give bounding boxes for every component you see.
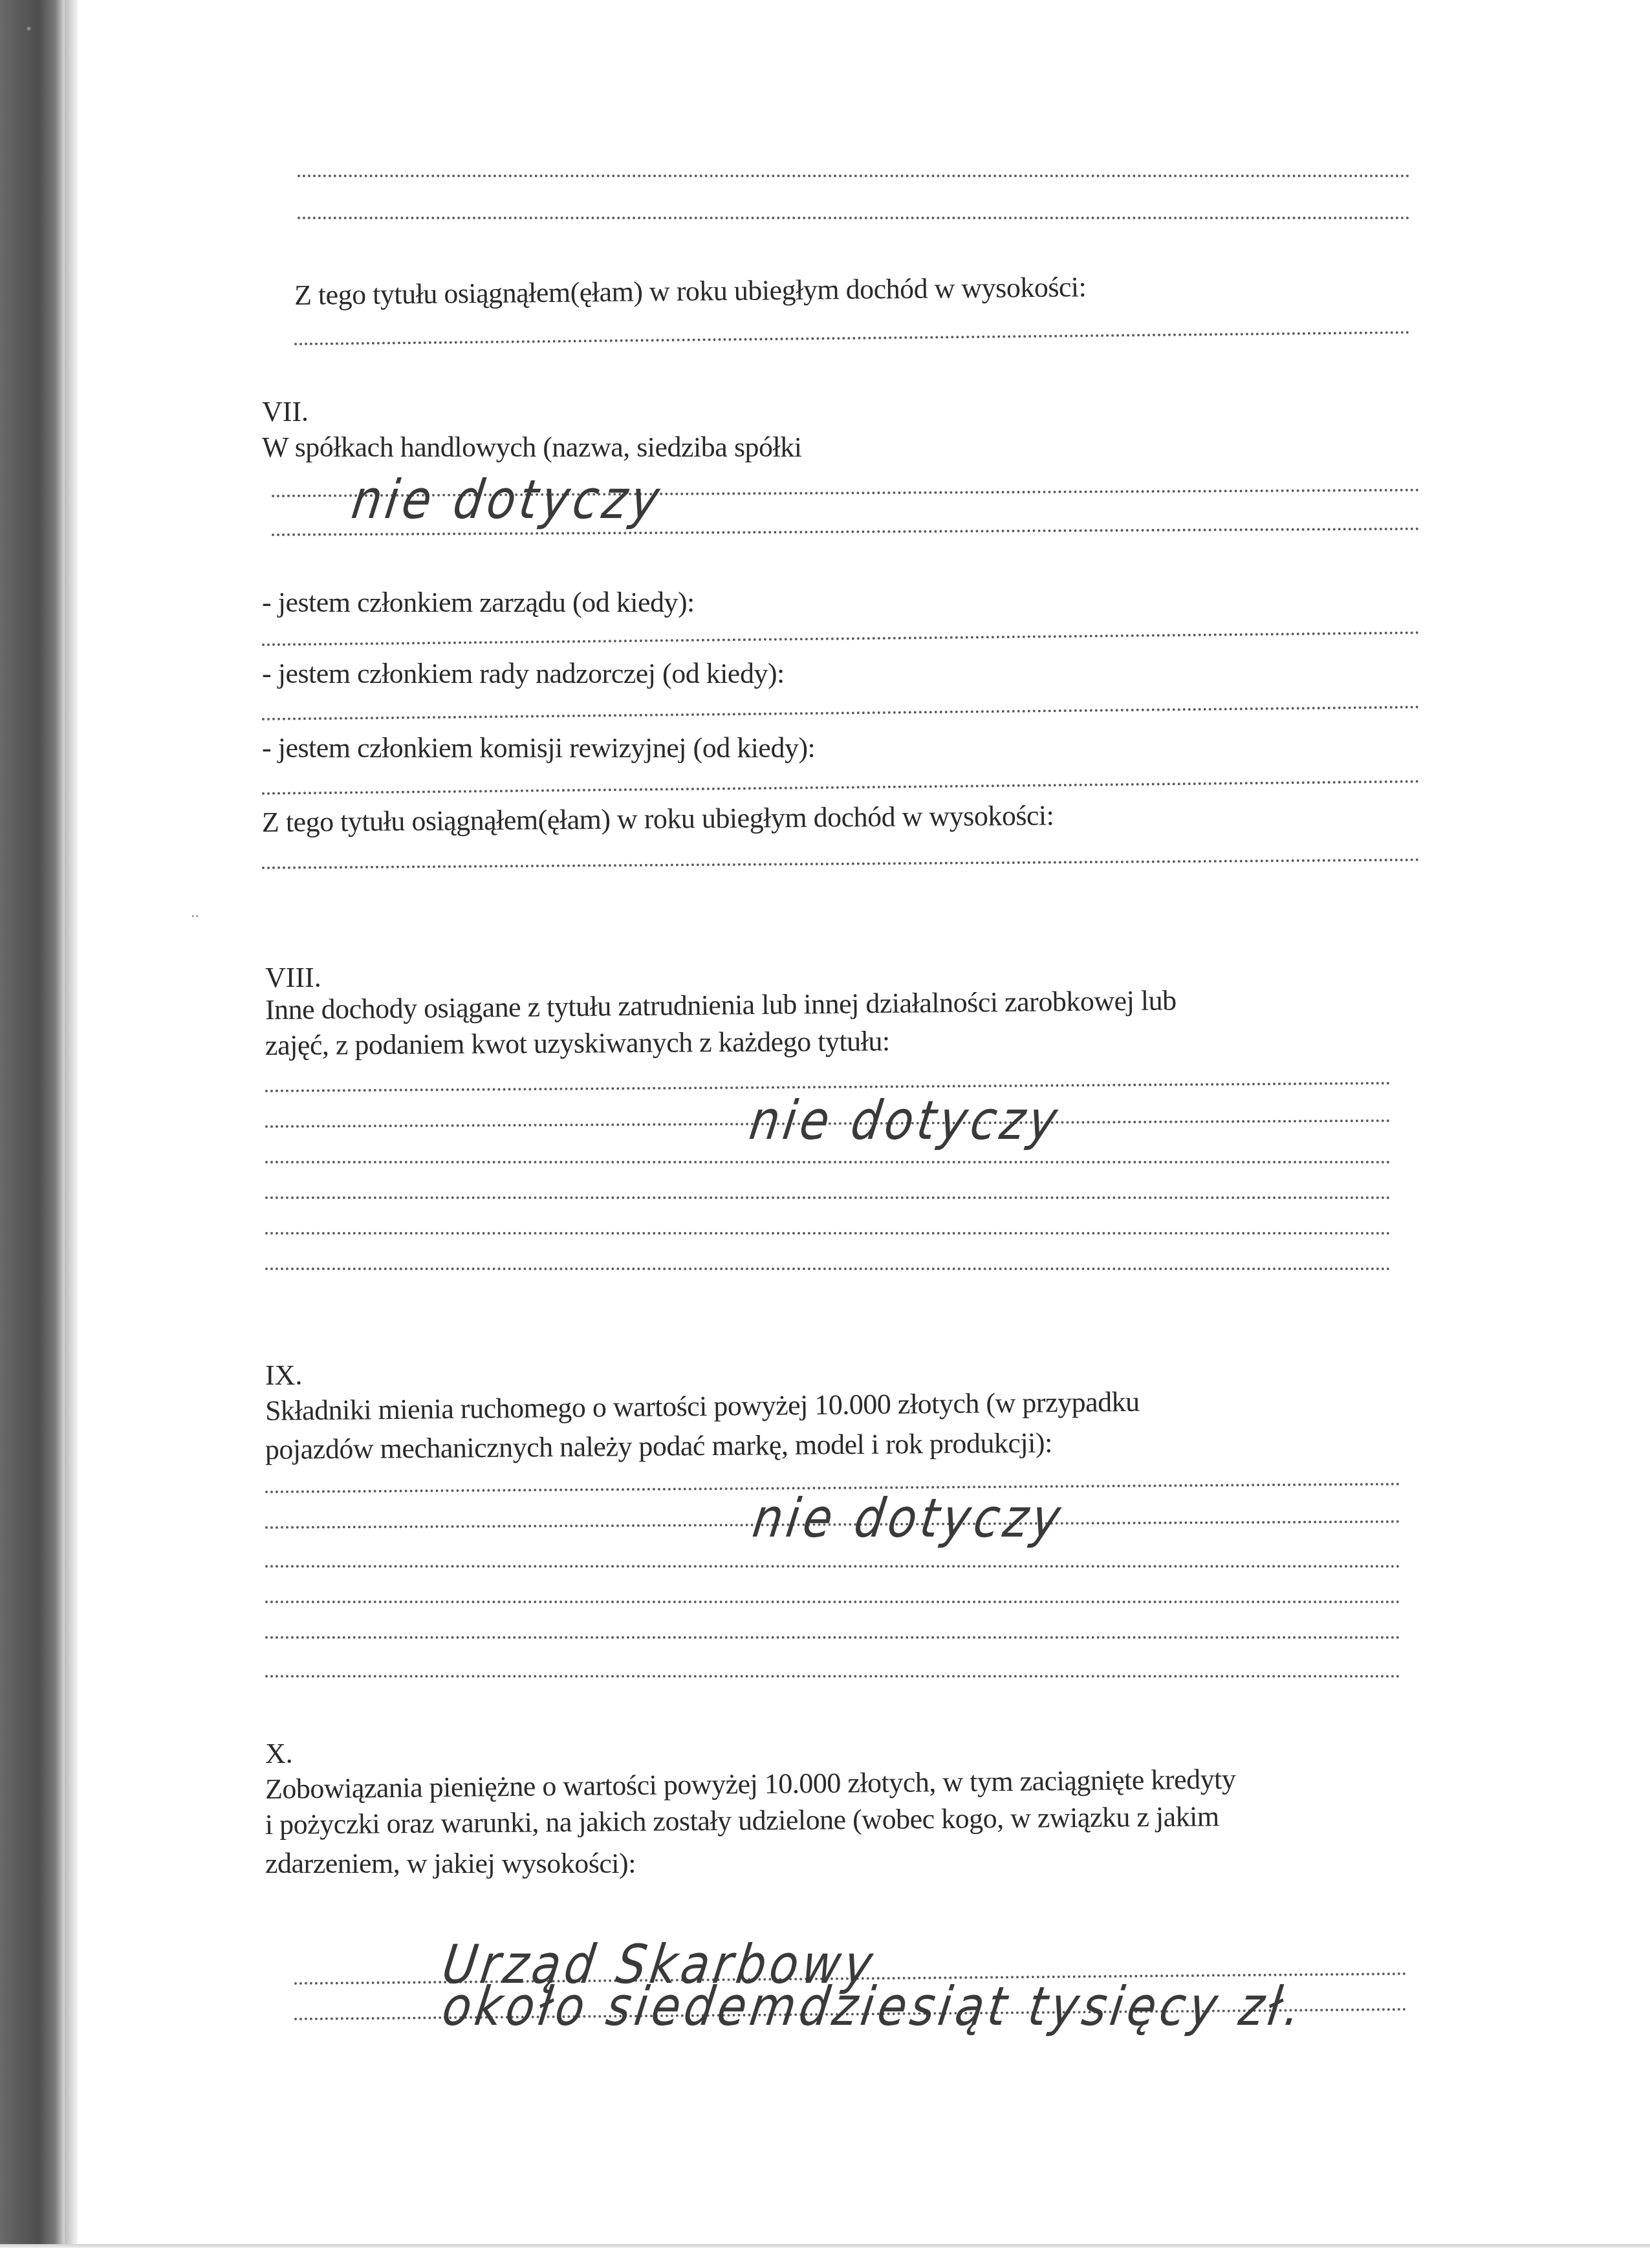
income-fill-line[interactable] xyxy=(265,1196,1391,1199)
property-fill-line[interactable] xyxy=(265,1675,1400,1678)
section-vii-income-fill-line[interactable] xyxy=(262,859,1420,869)
property-fill-line[interactable] xyxy=(265,1636,1400,1639)
fill-line[interactable] xyxy=(298,175,1410,177)
income-fill-line[interactable] xyxy=(294,331,1410,345)
board-member-label: - jestem członkiem zarządu (od kiedy): xyxy=(262,585,695,620)
audit-committee-label: - jestem członkiem komisji rewizyjnej (o… xyxy=(262,731,815,766)
scan-artifact: .. xyxy=(191,902,199,922)
income-fill-line[interactable] xyxy=(265,1232,1391,1235)
previous-section-income-label: Z tego tytułu osiągnąłem(ęłam) w roku ub… xyxy=(294,270,1087,313)
handwritten-answer-x-line2: około siedemdziesiąt tysięcy zł. xyxy=(439,1975,1308,2038)
property-fill-line[interactable] xyxy=(265,1565,1400,1568)
income-fill-line[interactable] xyxy=(265,1161,1391,1163)
audit-committee-fill-line[interactable] xyxy=(262,780,1420,795)
section-viii-title-line2: zajęć, z podaniem kwot uzyskiwanych z ka… xyxy=(265,1024,890,1063)
handwritten-answer-ix: nie dotyczy xyxy=(749,1487,1068,1550)
binding-strip xyxy=(0,0,65,2244)
section-ix-title-line1: Składniki mienia ruchomego o wartości po… xyxy=(265,1385,1140,1429)
section-x-number: X. xyxy=(265,1736,293,1771)
board-member-fill-line[interactable] xyxy=(262,631,1420,646)
fill-line[interactable] xyxy=(298,217,1410,219)
section-viii-number: VIII. xyxy=(265,960,321,995)
section-ix-title-line2: pojazdów mechanicznych należy podać mark… xyxy=(265,1425,1052,1467)
scan-artifact: • xyxy=(26,19,32,39)
page-bottom-edge xyxy=(0,2244,1650,2248)
section-vii-number: VII. xyxy=(262,394,309,429)
section-viii-title-line1: Inne dochody osiągane z tytułu zatrudnie… xyxy=(265,983,1177,1028)
supervisory-board-label: - jestem członkiem rady nadzorczej (od k… xyxy=(262,656,785,691)
supervisory-board-fill-line[interactable] xyxy=(262,706,1420,720)
handwritten-answer-vii: nie dotyczy xyxy=(348,468,667,531)
income-fill-line[interactable] xyxy=(265,1268,1391,1270)
section-x-title-line2: i pożyczki oraz warunki, na jakich zosta… xyxy=(265,1799,1219,1842)
section-ix-number: IX. xyxy=(265,1358,302,1393)
section-vii-income-label: Z tego tytułu osiągnąłem(ęłam) w roku ub… xyxy=(262,798,1054,840)
section-vii-title: W spółkach handlowych (nazwa, siedziba s… xyxy=(262,430,801,465)
handwritten-answer-viii: nie dotyczy xyxy=(746,1089,1065,1152)
section-x-title-line3: zdarzeniem, w jakiej wysokości): xyxy=(265,1846,636,1881)
property-fill-line[interactable] xyxy=(265,1601,1400,1603)
binding-shadow xyxy=(65,0,78,2244)
